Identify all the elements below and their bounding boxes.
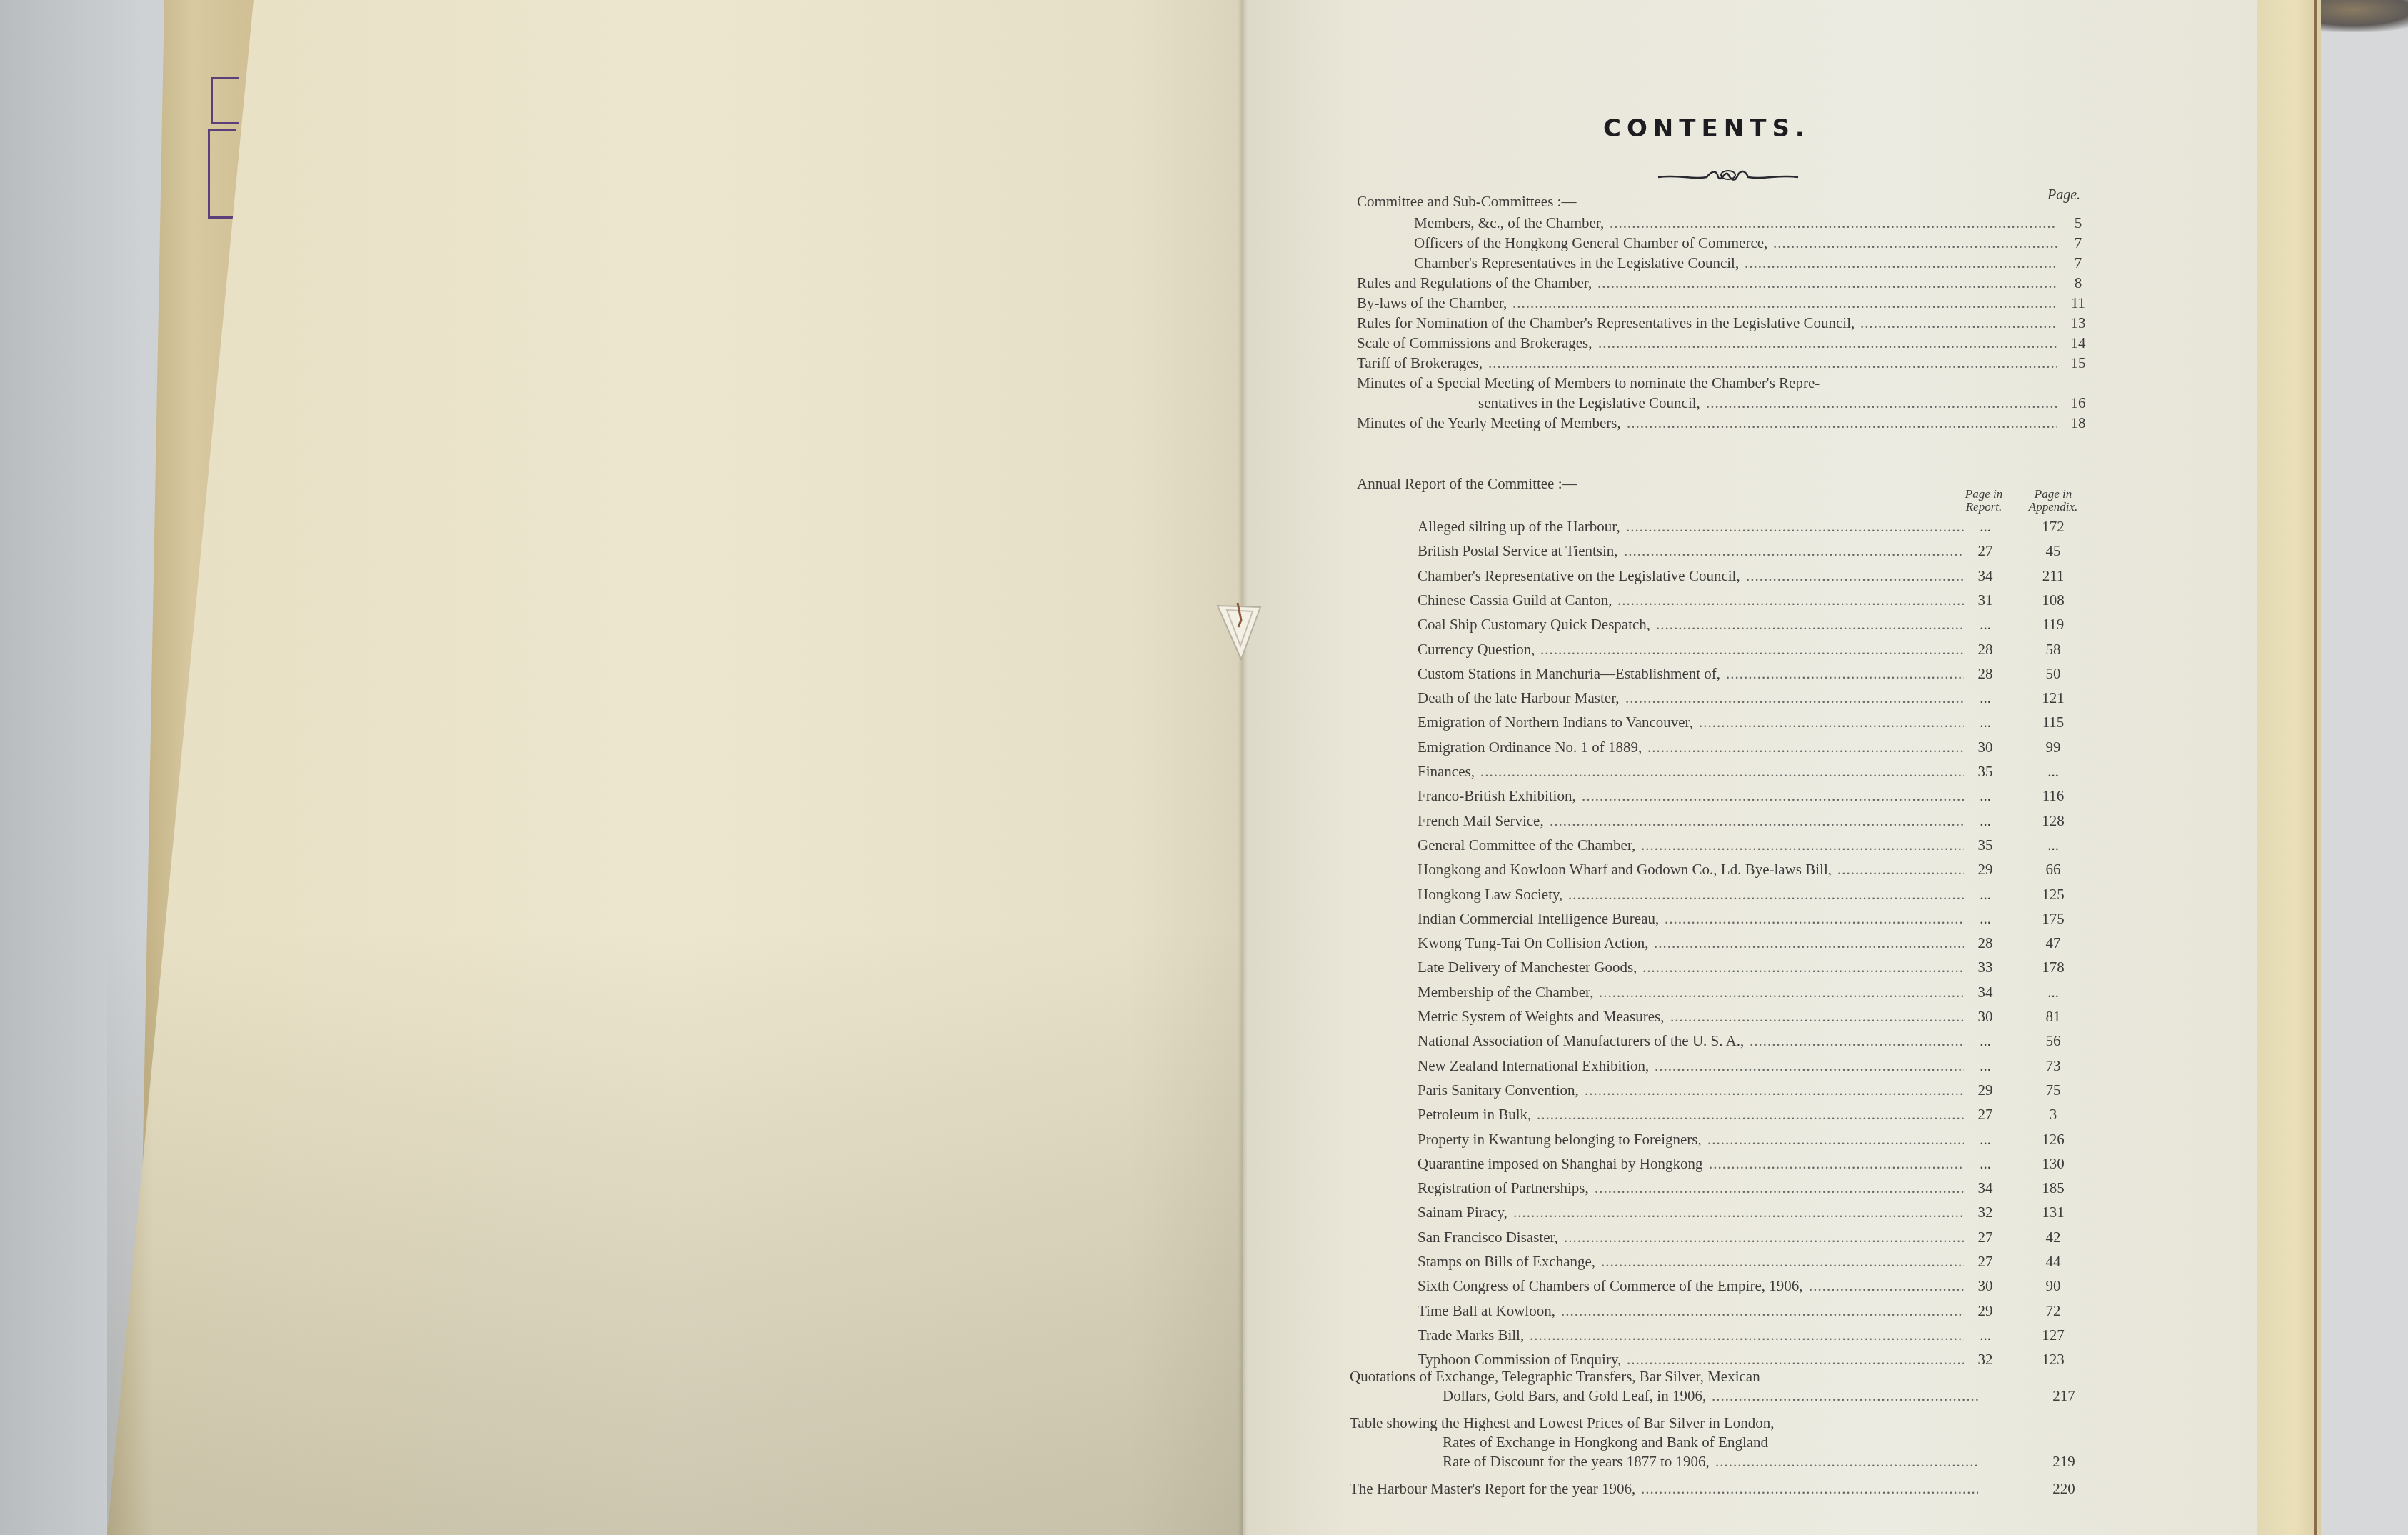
page-number: 7 bbox=[2060, 234, 2096, 251]
leader-dots: ........................................… bbox=[1564, 1229, 1964, 1246]
page-number: 11 bbox=[2060, 294, 2096, 311]
contents-row: Alleged silting up of the Harbour,......… bbox=[1357, 518, 2114, 536]
leader-dots: ........................................… bbox=[1512, 294, 2057, 311]
contents-row: Late Delivery of Manchester Goods,......… bbox=[1357, 959, 2114, 977]
entry-label: Dollars, Gold Bars, and Gold Leaf, in 19… bbox=[1443, 1387, 1706, 1404]
contents-row: Emigration Ordinance No. 1 of 1889,.....… bbox=[1357, 739, 2114, 757]
appendix-page: 56 bbox=[2032, 1032, 2075, 1049]
report-page: 30 bbox=[1967, 1008, 2003, 1025]
leader-dots: ........................................… bbox=[1598, 334, 2057, 351]
leader-dots: ........................................… bbox=[1585, 1081, 1964, 1099]
appendix-page: 58 bbox=[2032, 641, 2075, 658]
appendix-page: 211 bbox=[2032, 567, 2075, 584]
staple-icon bbox=[1214, 599, 1264, 663]
appendix-page: 125 bbox=[2032, 886, 2075, 903]
appendix-column-header: Page in Appendix. bbox=[2017, 488, 2089, 514]
page-number: 5 bbox=[2060, 214, 2096, 231]
report-page: 29 bbox=[1967, 861, 2003, 878]
leader-dots: ........................................… bbox=[1610, 214, 2057, 231]
entry-label: By-laws of the Chamber, bbox=[1357, 294, 1507, 311]
contents-row: Indian Commercial Intelligence Bureau,..… bbox=[1357, 910, 2114, 929]
contents-row: Time Ball at Kowloon,...................… bbox=[1357, 1302, 2114, 1321]
contents-row: Minutes of the Yearly Meeting of Members… bbox=[1357, 414, 2114, 433]
contents-row: sentatives in the Legislative Council,..… bbox=[1357, 394, 2114, 413]
page-number: 219 bbox=[2042, 1453, 2085, 1470]
entry-label: Registration of Partnerships, bbox=[1418, 1179, 1589, 1196]
appendix-page: 3 bbox=[2032, 1106, 2075, 1123]
appendix-page: 42 bbox=[2032, 1229, 2075, 1246]
contents-row: Hongkong and Kowloon Wharf and Godown Co… bbox=[1357, 861, 2114, 879]
page-number: 16 bbox=[2060, 394, 2096, 411]
entry-label: Late Delivery of Manchester Goods, bbox=[1418, 959, 1637, 976]
leader-dots: ........................................… bbox=[1625, 689, 1964, 706]
entry-label: Finances, bbox=[1418, 763, 1475, 780]
entry-label: Chinese Cassia Guild at Canton, bbox=[1418, 591, 1612, 609]
report-page: ... bbox=[1967, 714, 2003, 731]
appendix-page: 121 bbox=[2032, 689, 2075, 706]
appendix-page: 130 bbox=[2032, 1155, 2075, 1172]
page-number: 15 bbox=[2060, 354, 2096, 371]
entry-label: French Mail Service, bbox=[1418, 812, 1544, 829]
entry-label: National Association of Manufacturers of… bbox=[1418, 1032, 1744, 1049]
leader-dots: ........................................… bbox=[1488, 354, 2057, 371]
leader-dots: ........................................… bbox=[1699, 714, 1964, 731]
entry-label: Annual Report of the Committee :— bbox=[1357, 475, 1577, 492]
appendix-page: ... bbox=[2032, 763, 2075, 780]
entry-label: Quotations of Exchange, Telegraphic Tran… bbox=[1350, 1368, 1760, 1385]
contents-row: Dollars, Gold Bars, and Gold Leaf, in 19… bbox=[1357, 1387, 2114, 1406]
entry-label: Stamps on Bills of Exchange, bbox=[1418, 1253, 1595, 1270]
leader-dots: ........................................… bbox=[1647, 739, 1964, 756]
entry-label: Hongkong and Kowloon Wharf and Godown Co… bbox=[1418, 861, 1832, 878]
appendix-page: 127 bbox=[2032, 1326, 2075, 1344]
entry-label: General Committee of the Chamber, bbox=[1418, 836, 1635, 854]
page-number: 14 bbox=[2060, 334, 2096, 351]
leader-dots: ........................................… bbox=[1837, 861, 1964, 878]
entry-label: Table showing the Highest and Lowest Pri… bbox=[1350, 1414, 1775, 1431]
leader-dots: ........................................… bbox=[1627, 1351, 1964, 1368]
contents-row: National Association of Manufacturers of… bbox=[1357, 1032, 2114, 1051]
entry-label: Membership of the Chamber, bbox=[1418, 984, 1593, 1001]
contents-row: Typhoon Commission of Enquiry,..........… bbox=[1357, 1351, 2114, 1369]
contents-row: Registration of Partnerships,...........… bbox=[1357, 1179, 2114, 1198]
contents-row: Metric System of Weights and Measures,..… bbox=[1357, 1008, 2114, 1026]
contents-row: Rates of Exchange in Hongkong and Bank o… bbox=[1357, 1434, 2114, 1452]
entry-label: Property in Kwantung belonging to Foreig… bbox=[1418, 1131, 1702, 1148]
appendix-page: 73 bbox=[2032, 1057, 2075, 1074]
leader-dots: ........................................… bbox=[1582, 787, 1964, 804]
appendix-page: 108 bbox=[2032, 591, 2075, 609]
report-page: 30 bbox=[1967, 739, 2003, 756]
leader-dots: ........................................… bbox=[1568, 886, 1964, 903]
contents-row: Tariff of Brokerages,...................… bbox=[1357, 354, 2114, 373]
entry-label: Indian Commercial Intelligence Bureau, bbox=[1418, 910, 1659, 927]
report-page: 34 bbox=[1967, 1179, 2003, 1196]
entry-label: Chamber's Representative on the Legislat… bbox=[1418, 567, 1740, 584]
entry-label: Rate of Discount for the years 1877 to 1… bbox=[1443, 1453, 1710, 1470]
entry-label: Currency Question, bbox=[1418, 641, 1535, 658]
appendix-page: 81 bbox=[2032, 1008, 2075, 1025]
report-page: ... bbox=[1967, 1326, 2003, 1344]
appendix-page: 119 bbox=[2032, 616, 2075, 633]
page-number: 13 bbox=[2060, 314, 2096, 331]
contents-row: Finances,...............................… bbox=[1357, 763, 2114, 781]
entry-label: Rules for Nomination of the Chamber's Re… bbox=[1357, 314, 1855, 331]
appendix-page: 75 bbox=[2032, 1081, 2075, 1099]
leader-dots: ........................................… bbox=[1550, 812, 1964, 829]
entry-label: Kwong Tung-Tai On Collision Action, bbox=[1418, 934, 1648, 951]
appendix-page: ... bbox=[2032, 984, 2075, 1001]
appendix-page: 50 bbox=[2032, 665, 2075, 682]
contents-row: Members, &c., of the Chamber,...........… bbox=[1357, 214, 2114, 233]
appendix-page: 172 bbox=[2032, 518, 2075, 535]
contents-row: Membership of the Chamber,..............… bbox=[1357, 984, 2114, 1002]
contents-row: Committee and Sub-Committees :— bbox=[1357, 193, 2114, 211]
leader-dots: ........................................… bbox=[1599, 984, 1964, 1001]
entry-label: British Postal Service at Tientsin, bbox=[1418, 542, 1618, 559]
appendix-page: 47 bbox=[2032, 934, 2075, 951]
contents-row: French Mail Service,....................… bbox=[1357, 812, 2114, 831]
leader-dots: ........................................… bbox=[1712, 1387, 1978, 1404]
appendix-page: 116 bbox=[2032, 787, 2075, 804]
entry-label: Time Ball at Kowloon, bbox=[1418, 1302, 1555, 1319]
leader-dots: ........................................… bbox=[1595, 1179, 1964, 1196]
contents-row: Scale of Commissions and Brokerages,....… bbox=[1357, 334, 2114, 353]
entry-label: Sixth Congress of Chambers of Commerce o… bbox=[1418, 1277, 1803, 1294]
entry-label: Hongkong Law Society, bbox=[1418, 886, 1562, 903]
contents-row: General Committee of the Chamber,.......… bbox=[1357, 836, 2114, 855]
leader-dots: ........................................… bbox=[1750, 1032, 1964, 1049]
leader-dots: ........................................… bbox=[1709, 1155, 1964, 1172]
entry-label: Quarantine imposed on Shanghai by Hongko… bbox=[1418, 1155, 1703, 1172]
entry-label: Petroleum in Bulk, bbox=[1418, 1106, 1531, 1123]
leader-dots: ........................................… bbox=[1641, 1480, 1978, 1497]
leader-dots: ........................................… bbox=[1773, 234, 2057, 251]
leader-dots: ........................................… bbox=[1601, 1253, 1964, 1270]
contents-row: San Francisco Disaster,.................… bbox=[1357, 1229, 2114, 1247]
report-page: 27 bbox=[1967, 542, 2003, 559]
report-page: 31 bbox=[1967, 591, 2003, 609]
leader-dots: ........................................… bbox=[1627, 414, 2057, 431]
report-page: 32 bbox=[1967, 1351, 2003, 1368]
entry-label: Emigration Ordinance No. 1 of 1889, bbox=[1418, 739, 1642, 756]
report-page: ... bbox=[1967, 1155, 2003, 1172]
appendix-page: 123 bbox=[2032, 1351, 2075, 1368]
entry-label: Rates of Exchange in Hongkong and Bank o… bbox=[1443, 1434, 1768, 1451]
report-page: ... bbox=[1967, 886, 2003, 903]
contents-row: Hongkong Law Society,...................… bbox=[1357, 886, 2114, 904]
leader-dots: ........................................… bbox=[1655, 1057, 1964, 1074]
contents-row: Officers of the Hongkong General Chamber… bbox=[1357, 234, 2114, 253]
entry-label: Chamber's Representatives in the Legisla… bbox=[1414, 254, 1739, 271]
leader-dots: ........................................… bbox=[1745, 254, 2057, 271]
leader-dots: ........................................… bbox=[1670, 1008, 1964, 1025]
entry-label: Paris Sanitary Convention, bbox=[1418, 1081, 1579, 1099]
leader-dots: ........................................… bbox=[1665, 910, 1964, 927]
leader-dots: ........................................… bbox=[1617, 591, 1964, 609]
page-number: 8 bbox=[2060, 274, 2096, 291]
report-page: ... bbox=[1967, 812, 2003, 829]
page-number: 18 bbox=[2060, 414, 2096, 431]
leader-dots: ........................................… bbox=[1624, 542, 1964, 559]
entry-label: Coal Ship Customary Quick Despatch, bbox=[1418, 616, 1650, 633]
leader-dots: ........................................… bbox=[1707, 1131, 1964, 1148]
leader-dots: ........................................… bbox=[1746, 567, 1964, 584]
contents-row: Rate of Discount for the years 1877 to 1… bbox=[1357, 1453, 2114, 1471]
contents-row: Petroleum in Bulk,......................… bbox=[1357, 1106, 2114, 1124]
entry-label: Custom Stations in Manchuria—Establishme… bbox=[1418, 665, 1720, 682]
ornament-icon bbox=[1657, 164, 1800, 186]
contents-row: Kwong Tung-Tai On Collision Action,.....… bbox=[1357, 934, 2114, 953]
report-page: 27 bbox=[1967, 1253, 2003, 1270]
report-page: 29 bbox=[1967, 1081, 2003, 1099]
leader-dots: ........................................… bbox=[1540, 641, 1964, 658]
contents-row: Minutes of a Special Meeting of Members … bbox=[1357, 374, 2114, 393]
entry-label: The Harbour Master's Report for the year… bbox=[1350, 1480, 1635, 1497]
leader-dots: ........................................… bbox=[1715, 1453, 1978, 1470]
page-number: 220 bbox=[2042, 1480, 2085, 1497]
contents-row: The Harbour Master's Report for the year… bbox=[1357, 1480, 2114, 1499]
leader-dots: ........................................… bbox=[1809, 1277, 1964, 1294]
report-column-header: Page in Report. bbox=[1955, 488, 2012, 514]
leader-dots: ........................................… bbox=[1654, 934, 1964, 951]
contents-row: Trade Marks Bill,.......................… bbox=[1357, 1326, 2114, 1345]
appendix-page: 126 bbox=[2032, 1131, 2075, 1148]
entry-label: Committee and Sub-Committees :— bbox=[1357, 193, 1576, 210]
report-page: 35 bbox=[1967, 836, 2003, 854]
entry-label: Metric System of Weights and Measures, bbox=[1418, 1008, 1665, 1025]
contents-row: New Zealand International Exhibition,...… bbox=[1357, 1057, 2114, 1076]
report-page: 33 bbox=[1967, 959, 2003, 976]
leader-dots: ........................................… bbox=[1530, 1326, 1964, 1344]
leader-dots: ........................................… bbox=[1537, 1106, 1964, 1123]
contents-row: Rules for Nomination of the Chamber's Re… bbox=[1357, 314, 2114, 333]
appendix-page: 115 bbox=[2032, 714, 2075, 731]
entry-label: San Francisco Disaster, bbox=[1418, 1229, 1558, 1246]
left-page-blank bbox=[107, 0, 1243, 1535]
leader-dots: ........................................… bbox=[1480, 763, 1964, 780]
appendix-page: 128 bbox=[2032, 812, 2075, 829]
appendix-page: 175 bbox=[2032, 910, 2075, 927]
leader-dots: ........................................… bbox=[1656, 616, 1964, 633]
entry-label: Minutes of the Yearly Meeting of Members… bbox=[1357, 414, 1621, 431]
contents-row: Sixth Congress of Chambers of Commerce o… bbox=[1357, 1277, 2114, 1296]
leader-dots: ........................................… bbox=[1726, 665, 1964, 682]
report-page: ... bbox=[1967, 1057, 2003, 1074]
report-page: 32 bbox=[1967, 1204, 2003, 1221]
appendix-page: 178 bbox=[2032, 959, 2075, 976]
report-page: ... bbox=[1967, 518, 2003, 535]
report-page: ... bbox=[1967, 616, 2003, 633]
contents-row: Emigration of Northern Indians to Vancou… bbox=[1357, 714, 2114, 732]
contents-row: Rules and Regulations of the Chamber,...… bbox=[1357, 274, 2114, 293]
appendix-page: 45 bbox=[2032, 542, 2075, 559]
contents-row: By-laws of the Chamber,.................… bbox=[1357, 294, 2114, 313]
contents-row: Currency Question,......................… bbox=[1357, 641, 2114, 659]
report-page: 28 bbox=[1967, 665, 2003, 682]
book-spine bbox=[1238, 0, 1248, 1535]
contents-row: Paris Sanitary Convention,..............… bbox=[1357, 1081, 2114, 1100]
entry-label: Emigration of Northern Indians to Vancou… bbox=[1418, 714, 1693, 731]
report-page: 30 bbox=[1967, 1277, 2003, 1294]
leader-dots: ........................................… bbox=[1561, 1302, 1964, 1319]
entry-label: Death of the late Harbour Master, bbox=[1418, 689, 1620, 706]
contents-row: Chinese Cassia Guild at Canton,.........… bbox=[1357, 591, 2114, 610]
right-page-edge bbox=[2257, 0, 2321, 1535]
leader-dots: ........................................… bbox=[1706, 394, 2057, 411]
contents-row: Sainam Piracy,..........................… bbox=[1357, 1204, 2114, 1222]
leader-dots: ........................................… bbox=[1626, 518, 1964, 535]
entry-label: Members, &c., of the Chamber, bbox=[1414, 214, 1604, 231]
appendix-page: 72 bbox=[2032, 1302, 2075, 1319]
contents-row: Stamps on Bills of Exchange,............… bbox=[1357, 1253, 2114, 1271]
entry-label: Officers of the Hongkong General Chamber… bbox=[1414, 234, 1767, 251]
report-page: 34 bbox=[1967, 984, 2003, 1001]
report-page: 34 bbox=[1967, 567, 2003, 584]
contents-row: Property in Kwantung belonging to Foreig… bbox=[1357, 1131, 2114, 1149]
report-page: 35 bbox=[1967, 763, 2003, 780]
entry-label: sentatives in the Legislative Council, bbox=[1478, 394, 1700, 411]
leader-dots: ........................................… bbox=[1597, 274, 2057, 291]
entry-label: Typhoon Commission of Enquiry, bbox=[1418, 1351, 1621, 1368]
leader-dots: ........................................… bbox=[1642, 959, 1964, 976]
contents-row: Custom Stations in Manchuria—Establishme… bbox=[1357, 665, 2114, 684]
entry-label: Franco-British Exhibition, bbox=[1418, 787, 1576, 804]
report-page: ... bbox=[1967, 910, 2003, 927]
entry-label: Rules and Regulations of the Chamber, bbox=[1357, 274, 1592, 291]
contents-row: Table showing the Highest and Lowest Pri… bbox=[1357, 1414, 2114, 1433]
report-page: 28 bbox=[1967, 641, 2003, 658]
report-page: ... bbox=[1967, 1131, 2003, 1148]
contents-row: Chamber's Representative on the Legislat… bbox=[1357, 567, 2114, 586]
entry-label: Tariff of Brokerages, bbox=[1357, 354, 1483, 371]
appendix-page: 44 bbox=[2032, 1253, 2075, 1270]
page-number: 7 bbox=[2060, 254, 2096, 271]
report-page: 28 bbox=[1967, 934, 2003, 951]
contents-row: Coal Ship Customary Quick Despatch,.....… bbox=[1357, 616, 2114, 634]
entry-label: Sainam Piracy, bbox=[1418, 1204, 1507, 1221]
leader-dots: ........................................… bbox=[1641, 836, 1964, 854]
contents-row: Quarantine imposed on Shanghai by Hongko… bbox=[1357, 1155, 2114, 1174]
page-number: 217 bbox=[2042, 1387, 2085, 1404]
entry-label: Scale of Commissions and Brokerages, bbox=[1357, 334, 1592, 351]
report-page: 27 bbox=[1967, 1106, 2003, 1123]
contents-row: Chamber's Representatives in the Legisla… bbox=[1357, 254, 2114, 273]
appendix-page: 90 bbox=[2032, 1277, 2075, 1294]
appendix-page: 66 bbox=[2032, 861, 2075, 878]
report-page: ... bbox=[1967, 689, 2003, 706]
entry-label: Alleged silting up of the Harbour, bbox=[1418, 518, 1620, 535]
report-page: 29 bbox=[1967, 1302, 2003, 1319]
page-title: CONTENTS. bbox=[1603, 114, 1810, 143]
entry-label: Trade Marks Bill, bbox=[1418, 1326, 1524, 1344]
report-page: ... bbox=[1967, 787, 2003, 804]
entry-label: Minutes of a Special Meeting of Members … bbox=[1357, 374, 1820, 391]
appendix-page: 185 bbox=[2032, 1179, 2075, 1196]
report-page: ... bbox=[1967, 1032, 2003, 1049]
contents-row: Franco-British Exhibition,..............… bbox=[1357, 787, 2114, 806]
report-page: 27 bbox=[1967, 1229, 2003, 1246]
leader-dots: ........................................… bbox=[1513, 1204, 1964, 1221]
contents-row: Quotations of Exchange, Telegraphic Tran… bbox=[1357, 1368, 2114, 1386]
contents-row: Death of the late Harbour Master,.......… bbox=[1357, 689, 2114, 708]
appendix-page: 99 bbox=[2032, 739, 2075, 756]
leader-dots: ........................................… bbox=[1860, 314, 2057, 331]
contents-row: British Postal Service at Tientsin,.....… bbox=[1357, 542, 2114, 561]
appendix-page: ... bbox=[2032, 836, 2075, 854]
appendix-page: 131 bbox=[2032, 1204, 2075, 1221]
entry-label: New Zealand International Exhibition, bbox=[1418, 1057, 1649, 1074]
